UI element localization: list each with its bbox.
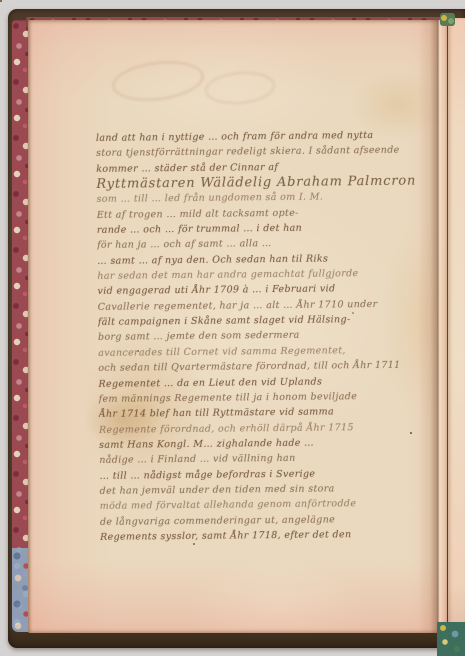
handwritten-text-block: land att han i nyttige … och fram för an… [96, 127, 450, 545]
scanned-book-photo: land att han i nyttige … och fram för an… [0, 0, 465, 656]
adjacent-page-edge [448, 18, 465, 634]
ink-speck [0, 0, 2, 2]
marbled-cover-corner-bottom-right [437, 622, 465, 656]
marbled-cover-corner-top-right [440, 13, 455, 26]
